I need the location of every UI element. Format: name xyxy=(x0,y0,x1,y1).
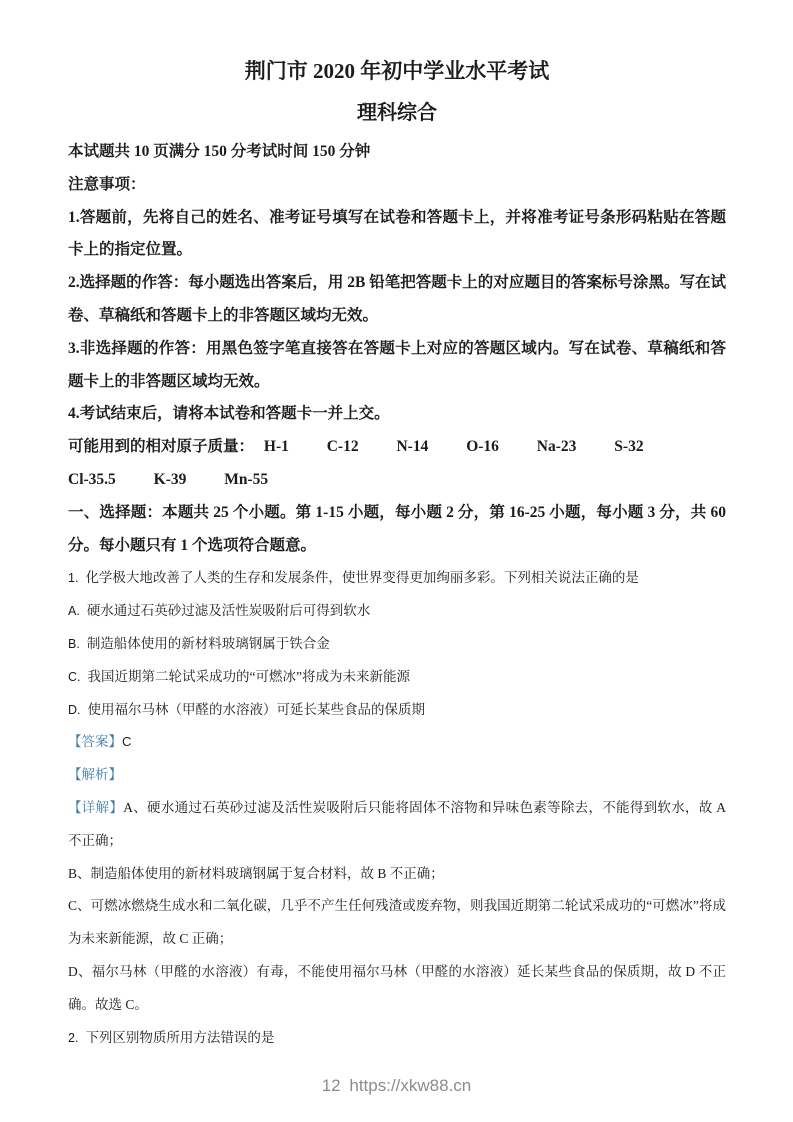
answer-value: C xyxy=(122,734,131,749)
question-1-option-c: C.我国近期第二轮试采成功的“可燃冰”将成为未来新能源 xyxy=(68,661,726,694)
question-1-stem: 化学极大地改善了人类的生存和发展条件，使世界变得更加绚丽多彩。下列相关说法正确的… xyxy=(85,570,639,585)
exam-document-page: 荆门市 2020 年初中学业水平考试 理科综合 本试题共 10 页满分 150 … xyxy=(0,0,793,1122)
option-a-letter: A. xyxy=(68,604,80,618)
section-heading: 一、选择题：本题共 25 个小题。第 1-15 小题，每小题 2 分，第 16-… xyxy=(68,497,726,563)
atomic-mass-cl: Cl-35.5 xyxy=(68,464,116,497)
page-footer: 12 https://xkw88.cn xyxy=(0,1076,793,1096)
answer-label: 【答案】 xyxy=(68,734,122,749)
notice-item-1: 1.答题前，先将自己的姓名、准考证号填写在试卷和答题卡上，并将准考证号条形码粘贴… xyxy=(68,202,726,268)
detail-text-a: A、硬水通过石英砂过滤及活性炭吸附后只能将固体不溶物和异味色素等除去，不能得到软… xyxy=(68,800,726,848)
detail-label: 【详解】 xyxy=(68,800,123,815)
atomic-mass-na: Na-23 xyxy=(537,431,577,464)
atomic-mass-h: H-1 xyxy=(264,431,289,464)
notice-item-3: 3.非选择题的作答：用黑色签字笔直接答在答题卡上对应的答题区域内。写在试卷、草稿… xyxy=(68,333,726,399)
footer-url[interactable]: https://xkw88.cn xyxy=(349,1076,471,1095)
option-c-text: 我国近期第二轮试采成功的“可燃冰”将成为未来新能源 xyxy=(88,669,410,684)
option-d-text: 使用福尔马林（甲醛的水溶液）可延长某些食品的保质期 xyxy=(88,702,426,717)
detail-paragraph-a: 【详解】A、硬水通过石英砂过滤及活性炭吸附后只能将固体不溶物和异味色素等除去，不… xyxy=(68,792,726,858)
question-1-text: 1.化学极大地改善了人类的生存和发展条件，使世界变得更加绚丽多彩。下列相关说法正… xyxy=(68,562,726,595)
question-2-stem: 下列区别物质所用方法错误的是 xyxy=(85,1030,274,1045)
question-1-number: 1. xyxy=(68,571,78,585)
option-b-text: 制造船体使用的新材料玻璃钢属于铁合金 xyxy=(87,636,330,651)
exam-info-line: 本试题共 10 页满分 150 分考试时间 150 分钟 xyxy=(68,136,726,169)
atomic-mass-s: S-32 xyxy=(614,431,643,464)
notice-item-4: 4.考试结束后，请将本试卷和答题卡一并上交。 xyxy=(68,398,726,431)
question-2-number: 2. xyxy=(68,1031,78,1045)
atomic-mass-mn: Mn-55 xyxy=(224,464,268,497)
question-1-option-d: D.使用福尔马林（甲醛的水溶液）可延长某些食品的保质期 xyxy=(68,694,726,727)
exam-subtitle: 理科综合 xyxy=(68,98,726,128)
detail-paragraph-b: B、制造船体使用的新材料玻璃钢属于复合材料，故 B 不正确； xyxy=(68,858,726,891)
option-c-letter: C. xyxy=(68,670,81,684)
atomic-mass-n: N-14 xyxy=(396,431,428,464)
detail-paragraph-d: D、福尔马林（甲醛的水溶液）有毒，不能使用福尔马林（甲醛的水溶液）延长某些食品的… xyxy=(68,956,726,1022)
atomic-masses-line-2: Cl-35.5 K-39 Mn-55 xyxy=(68,464,726,497)
option-b-letter: B. xyxy=(68,637,80,651)
question-2-text: 2.下列区别物质所用方法错误的是 xyxy=(68,1022,726,1055)
exam-title: 荆门市 2020 年初中学业水平考试 xyxy=(68,56,726,86)
notice-item-2: 2.选择题的作答：每小题选出答案后，用 2B 铅笔把答题卡上的对应题目的答案标号… xyxy=(68,267,726,333)
analysis-line: 【解析】 xyxy=(68,759,726,792)
atomic-mass-c: C-12 xyxy=(327,431,359,464)
detail-paragraph-c: C、可燃冰燃烧生成水和二氧化碳，几乎不产生任何残渣或废弃物，则我国近期第二轮试采… xyxy=(68,890,726,956)
answer-line: 【答案】C xyxy=(68,726,726,759)
analysis-label: 【解析】 xyxy=(68,767,122,782)
atomic-masses-label: 可能用到的相对原子质量： xyxy=(68,431,254,464)
page-number: 12 xyxy=(322,1076,341,1095)
atomic-mass-o: O-16 xyxy=(466,431,499,464)
atomic-mass-k: K-39 xyxy=(154,464,187,497)
atomic-masses-line-1: 可能用到的相对原子质量： H-1 C-12 N-14 O-16 Na-23 S-… xyxy=(68,431,726,464)
option-a-text: 硬水通过石英砂过滤及活性炭吸附后可得到软水 xyxy=(87,603,371,618)
question-1-option-b: B.制造船体使用的新材料玻璃钢属于铁合金 xyxy=(68,628,726,661)
notices-heading: 注意事项： xyxy=(68,169,726,202)
option-d-letter: D. xyxy=(68,703,81,717)
question-1-option-a: A.硬水通过石英砂过滤及活性炭吸附后可得到软水 xyxy=(68,595,726,628)
